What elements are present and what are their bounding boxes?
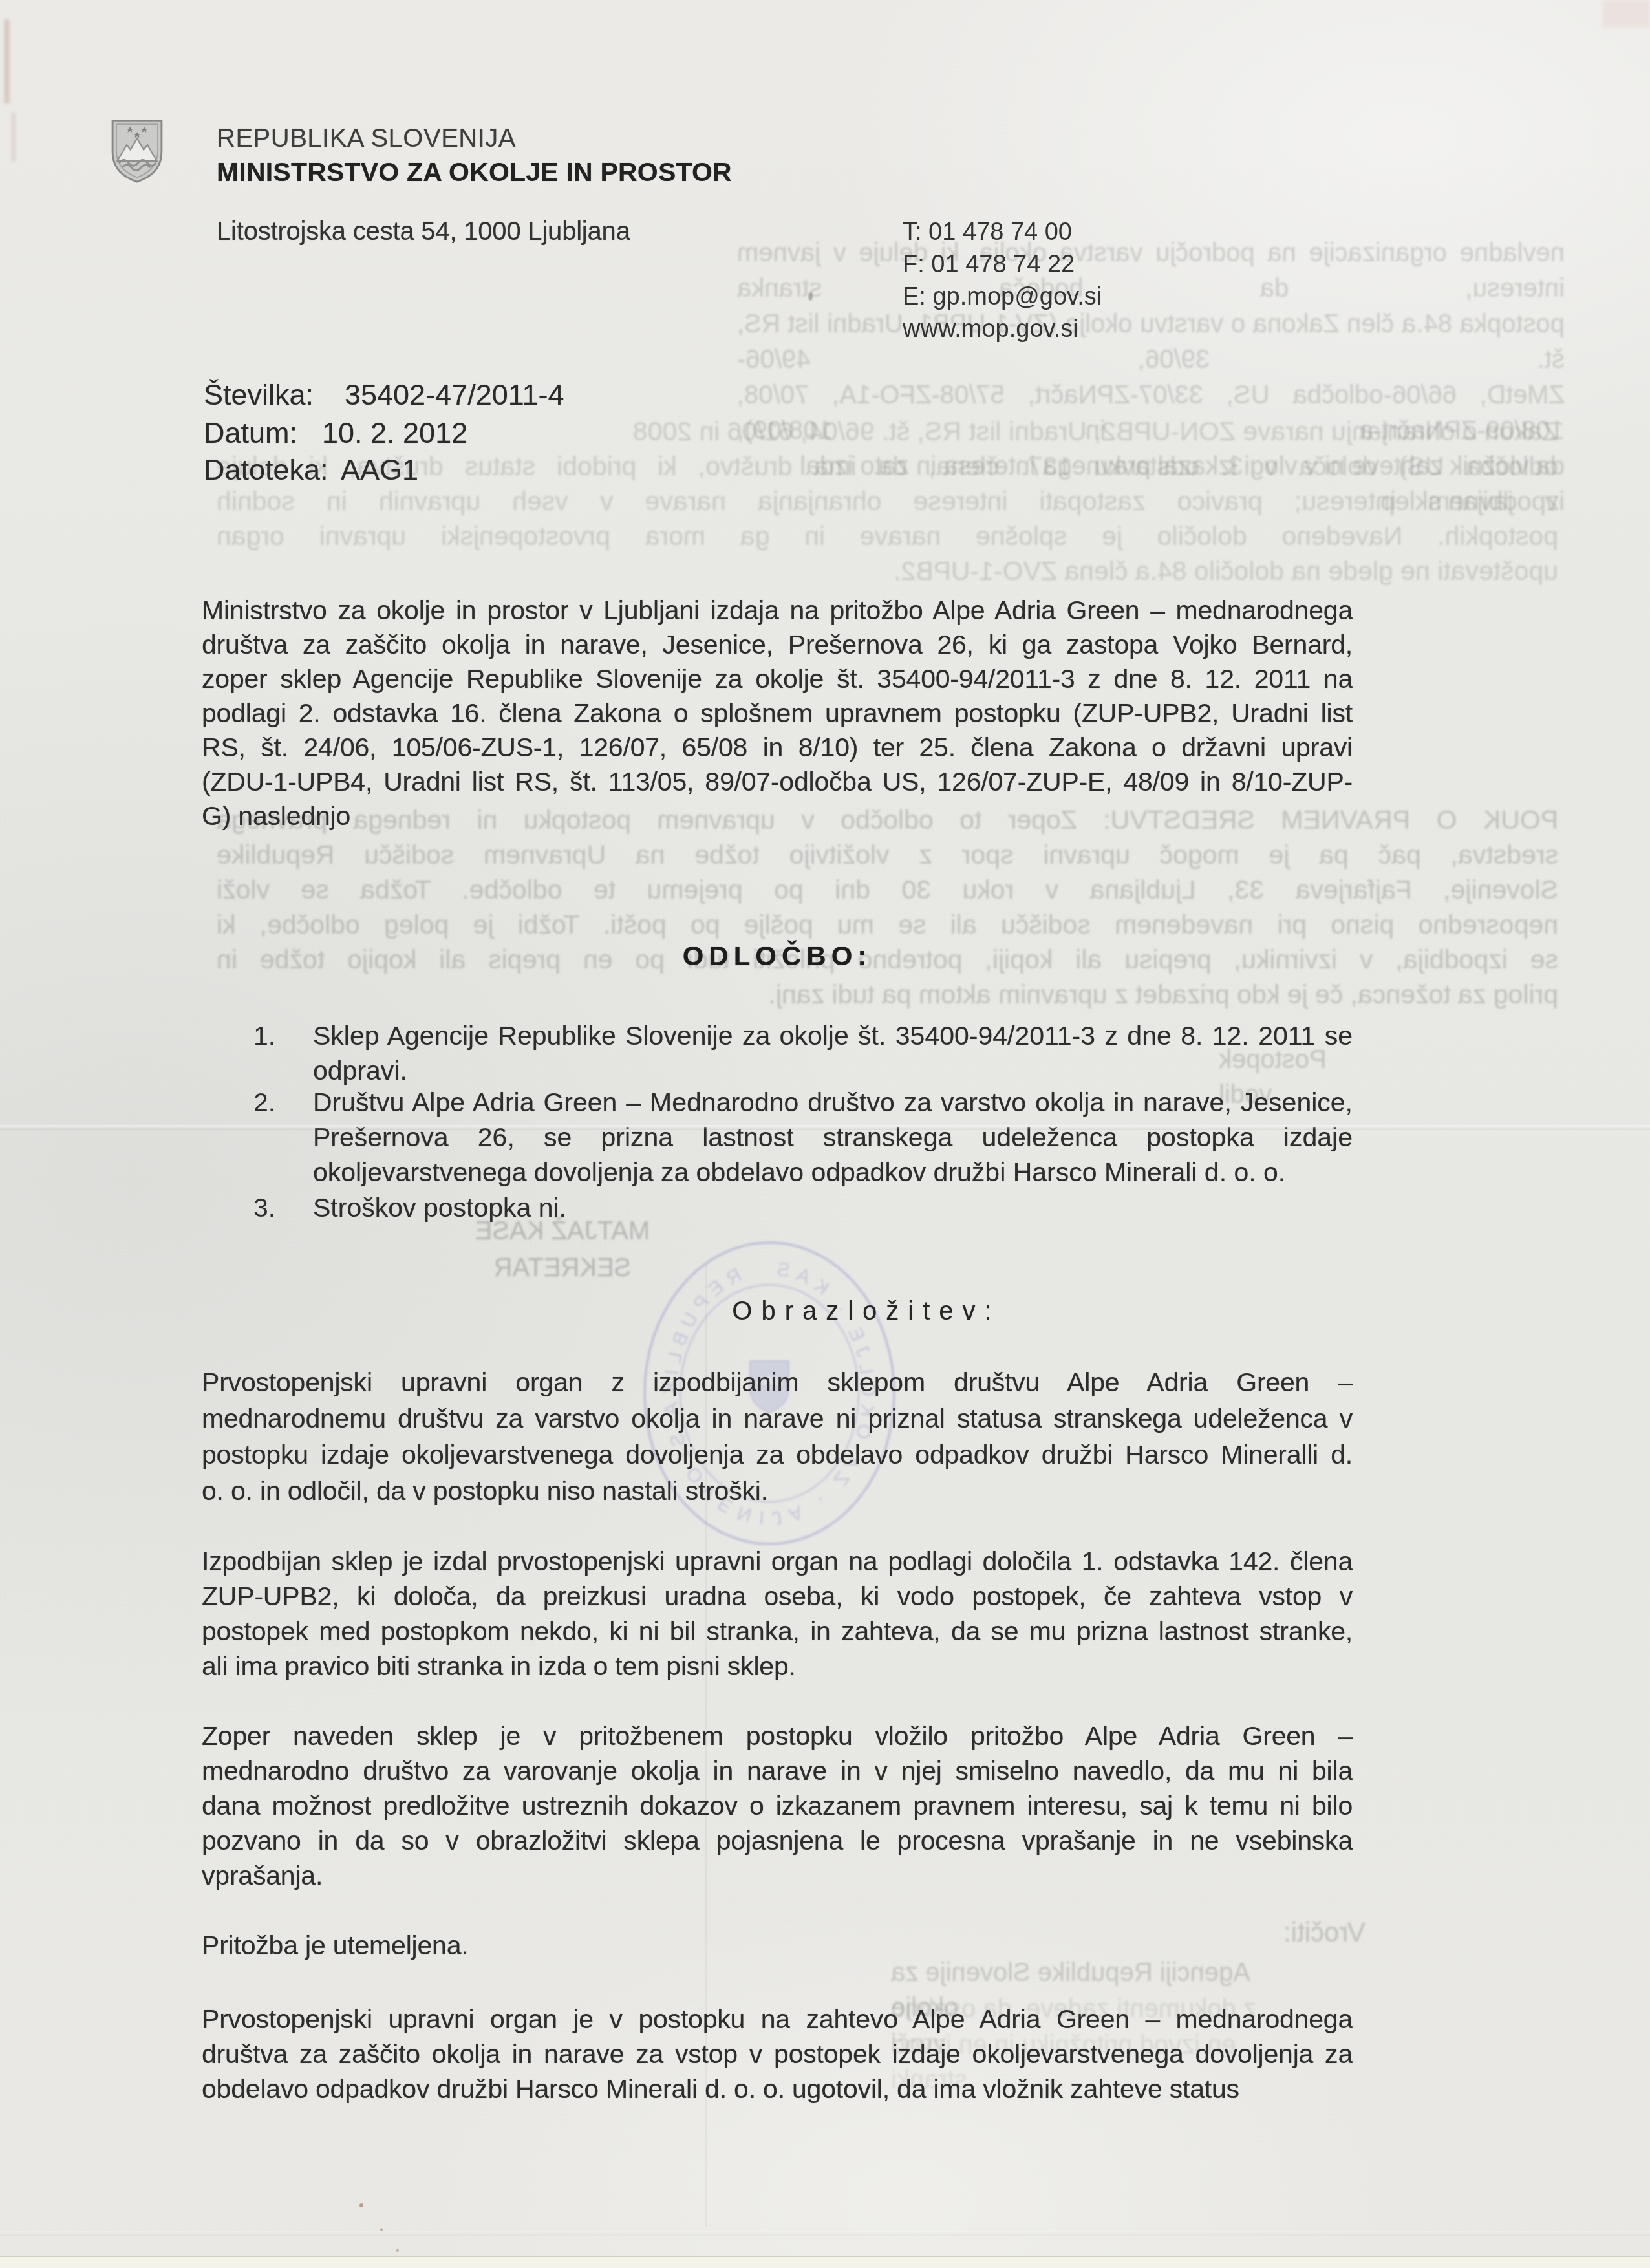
document-date-label: Datum: xyxy=(204,416,322,450)
scan-edge-stain-2 xyxy=(12,113,16,162)
scan-bottom-edge xyxy=(0,2256,1650,2268)
contact-block: T: 01 478 74 00 F: 01 478 74 22 E: gp.mo… xyxy=(903,216,1102,345)
document-file-value: AAG1 xyxy=(341,453,418,487)
text-line: postopka 84.a člen Zakona o varstvu okol… xyxy=(737,306,1565,378)
decision-item-1-number: 1. xyxy=(253,1018,275,1053)
scan-corner-smudge xyxy=(1602,0,1650,27)
text-line: Prvostopenjski upravni organ je v postop… xyxy=(202,2002,1353,2037)
text-line: društva za zaščito okolja in narave, Jes… xyxy=(202,628,1353,662)
text-line: vprašanja. xyxy=(202,1858,1353,1893)
contact-fax: F: 01 478 74 22 xyxy=(903,248,1102,281)
text-line: Ministrstvo za okolje in prostor v Ljubl… xyxy=(202,594,1353,628)
text-line: dana možnost predložitve ustreznih dokaz… xyxy=(202,1788,1353,1823)
slovenia-coat-of-arms-icon xyxy=(109,118,166,184)
paper-speck-3 xyxy=(396,2249,399,2252)
text-line: obdelavo odpadkov družbi Harsco Minerali… xyxy=(202,2071,1353,2106)
document-number-row: Številka: 35402-47/2011-4 xyxy=(204,378,564,412)
text-line: zoper sklep Agencije Republike Slovenije… xyxy=(202,662,1353,696)
text-line: RS, št. 24/06, 105/06-ZUS-1, 126/07, 65/… xyxy=(202,731,1353,765)
text-line: upoštevati ne glede na določilo 84.a čle… xyxy=(217,553,1558,588)
contact-website: www.mop.gov.si xyxy=(903,313,1102,345)
decision-item-2-text: Društvu Alpe Adria Green – Mednarodno dr… xyxy=(313,1085,1353,1190)
document-date-row: Datum: 10. 2. 2012 xyxy=(204,416,467,450)
text-line: odpravi. xyxy=(313,1053,1353,1088)
text-line: ZUP-UPB2, ki določa, da preizkusi uradna… xyxy=(202,1579,1353,1614)
contact-phone: T: 01 478 74 00 xyxy=(903,216,1102,248)
text-line: Pritožba je utemeljena. xyxy=(202,1929,1353,1963)
text-line: ali ima pravico biti stranka in izda o t… xyxy=(202,1649,1353,1684)
decision-item-1-text: Sklep Agencije Republike Slovenije za ok… xyxy=(313,1018,1353,1088)
text-line: v javnem interesu; pravico zastopati int… xyxy=(217,484,1558,519)
explanation-paragraph-5: Prvostopenjski upravni organ je v postop… xyxy=(202,2002,1353,2106)
appeal-founded-statement: Pritožba je utemeljena. xyxy=(202,1929,1353,1963)
paper-speck-2 xyxy=(380,2228,383,2231)
text-line: sredstva, pač pa je mogoč upravni spor z… xyxy=(217,837,1558,872)
decision-item-2-number: 2. xyxy=(253,1085,275,1120)
text-line: Prešernova 26, se prizna lastnost strans… xyxy=(313,1120,1353,1155)
text-line: G) naslednjo xyxy=(202,799,1353,833)
text-line: postopkih. Navedeno določilo je splošne … xyxy=(217,519,1558,553)
intro-paragraph: Ministrstvo za okolje in prostor v Ljubl… xyxy=(202,594,1353,833)
text-line: (ZDU-1-UPB4, Uradni list RS, št. 113/05,… xyxy=(202,765,1353,799)
text-line: postopek med postopkom nekdo, ki ni bil … xyxy=(202,1614,1353,1649)
text-line: Zoper naveden sklep je v pritožbenem pos… xyxy=(202,1718,1353,1753)
text-line: Slovenije, Fajfarjeva 33, Ljubljana v ro… xyxy=(217,872,1558,907)
ministry-name: MINISTRSTVO ZA OKOLJE IN PROSTOR xyxy=(217,155,732,189)
explanation-paragraph-2: Izpodbijan sklep je izdal prvostopenjski… xyxy=(202,1544,1353,1684)
text-line: prilog za toženca, če je kdo prizadet z … xyxy=(217,977,1558,1012)
decision-item-2: 2. Društvu Alpe Adria Green – Mednarodno… xyxy=(202,1085,1353,1190)
decision-item-3: 3. Stroškov postopka ni. xyxy=(202,1190,1353,1225)
document-date-value: 10. 2. 2012 xyxy=(322,416,467,450)
document-number-value: 35402-47/2011-4 xyxy=(345,378,564,412)
text-line: podlagi 2. odstavka 16. člena Zakona o s… xyxy=(202,696,1353,731)
text-line: društva za zaščito okolja in narave za v… xyxy=(202,2037,1353,2071)
text-line: o. o. in odločil, da v postopku niso nas… xyxy=(202,1473,1353,1509)
decision-heading: ODLOČBO: xyxy=(202,939,1353,973)
text-line: mednarodno društvo za varovanje okolja i… xyxy=(202,1753,1353,1788)
decision-item-3-text: Stroškov postopka ni. xyxy=(313,1190,1353,1225)
bleedthrough-officer-title: SEKRETAR xyxy=(466,1250,659,1287)
text-line: neposredno pisno pri navedenem sodišču a… xyxy=(217,907,1558,942)
ministry-address: Litostrojska cesta 54, 1000 Ljubljana xyxy=(217,215,630,249)
text-line: okoljevarstvenega dovoljenja za obdelavo… xyxy=(313,1155,1353,1190)
scan-edge-stain-1 xyxy=(4,19,10,103)
text-line: Prvostopenjski upravni organ z izpodbija… xyxy=(202,1364,1353,1400)
text-line: Sklep Agencije Republike Slovenije za ok… xyxy=(313,1018,1353,1053)
paper-speck-1 xyxy=(359,2203,363,2207)
text-line: mednarodnemu društvu za varstvo okolja i… xyxy=(202,1400,1353,1437)
scanned-document-page: nevladne organizacije na področju varstv… xyxy=(0,0,1650,2268)
text-line: nevladne organizacije na področju varstv… xyxy=(737,235,1565,306)
explanation-paragraph-1: Prvostopenjski upravni organ z izpodbija… xyxy=(202,1364,1353,1509)
contact-email: E: gp.mop@gov.si xyxy=(903,281,1102,313)
explanation-heading: Obrazložitev: xyxy=(291,1294,1442,1329)
text-line: pozvano in da so v obrazložitvi sklepa p… xyxy=(202,1823,1353,1858)
text-line: Izpodbijan sklep je izdal prvostopenjski… xyxy=(202,1544,1353,1579)
document-number-label: Številka: xyxy=(204,378,345,412)
republic-name: REPUBLIKA SLOVENIJA xyxy=(217,122,516,156)
document-file-label: Datoteka: xyxy=(204,453,341,487)
text-line: Stroškov postopka ni. xyxy=(313,1190,1353,1225)
text-line: postopku izdaje okoljevarstvenega dovolj… xyxy=(202,1437,1353,1473)
decision-item-1: 1. Sklep Agencije Republike Slovenije za… xyxy=(202,1018,1353,1088)
bleedthrough-legal-remedy-text: POUK O PRAVNEM SREDSTVU: Zoper to odločb… xyxy=(217,802,1558,1012)
text-line: Društvu Alpe Adria Green – Mednarodno dr… xyxy=(313,1085,1353,1120)
explanation-paragraph-3: Zoper naveden sklep je v pritožbenem pos… xyxy=(202,1718,1353,1893)
paper-fold-crease-lower xyxy=(0,2231,1650,2236)
document-file-row: Datoteka: AAG1 xyxy=(204,453,418,487)
decision-item-3-number: 3. xyxy=(253,1190,275,1225)
